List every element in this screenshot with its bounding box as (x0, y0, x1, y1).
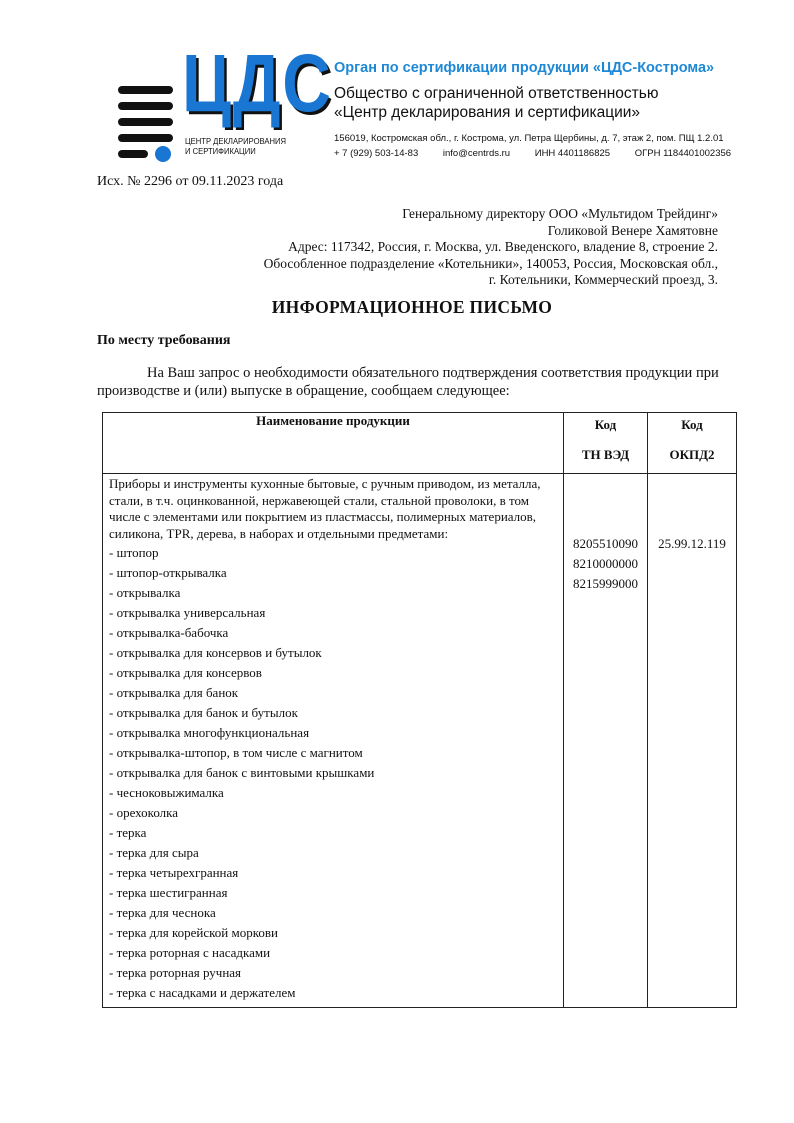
logo-bar (118, 134, 173, 142)
letter-subtitle: По месту требования (97, 333, 231, 349)
company-name-line: «Центр декларирования и сертификации» (334, 103, 658, 122)
product-item: - открывалка для консервов (109, 663, 559, 683)
company-address: 156019, Костромская обл., г. Кострома, у… (334, 131, 731, 146)
logo-bar (118, 102, 173, 110)
logo-letters: ЦДС (182, 43, 333, 125)
header-line: Код (564, 413, 647, 437)
product-item: - открывалка-штопор, в том числе с магни… (109, 743, 559, 763)
contact-line: + 7 (929) 503-14-83 info@centrds.ru ИНН … (334, 146, 731, 161)
logo-subtitle-line: ЦЕНТР ДЕКЛАРИРОВАНИЯ (185, 136, 286, 146)
email: info@centrds.ru (443, 148, 510, 159)
product-item: - открывалка для банок и бутылок (109, 703, 559, 723)
header-line: Код (648, 413, 736, 437)
header-line: ТН ВЭД (564, 443, 647, 467)
product-item: - терка четырехгранная (109, 863, 559, 883)
recipient-line: Голиковой Венере Хамятовне (264, 223, 718, 240)
product-item: - терка для чеснока (109, 903, 559, 923)
product-item: - чесноковыжималка (109, 783, 559, 803)
product-item: - открывалка-бабочка (109, 623, 559, 643)
company-name-line: Общество с ограниченной ответственностью (334, 84, 658, 103)
letter-intro: На Ваш запрос о необходимости обязательн… (97, 364, 722, 400)
recipient-line: Обособленное подразделение «Котельники»,… (264, 256, 718, 273)
company-contacts: 156019, Костромская обл., г. Кострома, у… (334, 131, 731, 161)
product-item: - орехоколка (109, 803, 559, 823)
recipient-line: г. Котельники, Коммерческий проезд, 3. (264, 272, 718, 289)
outgoing-reference: Исх. № 2296 от 09.11.2023 года (97, 174, 283, 190)
tn-ved-cell: 8205510090 8210000000 8215999000 (564, 474, 648, 1008)
header-line: ОКПД2 (648, 443, 736, 467)
header-okpd2: Код ОКПД2 (648, 413, 737, 474)
tn-ved-code: 8210000000 (564, 554, 647, 574)
product-item: - терка с насадками и держателем (109, 983, 559, 1003)
tn-ved-code: 8205510090 (564, 534, 647, 554)
product-items-list: - штопор- штопор-открывалка- открывалка-… (109, 543, 559, 1003)
header-product-name: Наименование продукции (103, 413, 564, 474)
product-item: - открывалка многофункциональная (109, 723, 559, 743)
product-table: Наименование продукции Код ТН ВЭД Код ОК… (102, 412, 737, 1008)
product-item: - штопор (109, 543, 559, 563)
recipient-line: Адрес: 117342, Россия, г. Москва, ул. Вв… (264, 239, 718, 256)
phone: + 7 (929) 503-14-83 (334, 148, 418, 159)
logo-bar (118, 150, 148, 158)
product-item: - терка (109, 823, 559, 843)
logo-bar (118, 86, 173, 94)
product-item: - терка шестигранная (109, 883, 559, 903)
inn: ИНН 4401186825 (535, 148, 610, 159)
certification-body-name: Орган по сертификации продукции «ЦДС-Кос… (334, 60, 714, 76)
logo-subtitle: ЦЕНТР ДЕКЛАРИРОВАНИЯ И СЕРТИФИКАЦИИ (185, 136, 286, 156)
company-name: Общество с ограниченной ответственностью… (334, 84, 658, 122)
product-item: - терка для сыра (109, 843, 559, 863)
logo-dot (155, 146, 171, 162)
product-item: - открывалка универсальная (109, 603, 559, 623)
recipient-block: Генеральному директору ООО «Мультидом Тр… (264, 206, 718, 289)
okpd2-code: 25.99.12.119 (648, 534, 736, 554)
product-item: - штопор-открывалка (109, 563, 559, 583)
product-item: - открывалка для банок с винтовыми крышк… (109, 763, 559, 783)
product-name-cell: Приборы и инструменты кухонные бытовые, … (103, 474, 564, 1008)
logo-subtitle-line: И СЕРТИФИКАЦИИ (185, 146, 286, 156)
product-item: - терка роторная ручная (109, 963, 559, 983)
ogrn: ОГРН 1184401002356 (635, 148, 731, 159)
table-row: Приборы и инструменты кухонные бытовые, … (103, 474, 737, 1008)
product-item: - открывалка для консервов и бутылок (109, 643, 559, 663)
header-tn-ved: Код ТН ВЭД (564, 413, 648, 474)
product-item: - терка роторная с насадками (109, 943, 559, 963)
product-item: - открывалка (109, 583, 559, 603)
product-item: - терка для корейской моркови (109, 923, 559, 943)
logo-bar (118, 118, 173, 126)
recipient-line: Генеральному директору ООО «Мультидом Тр… (264, 206, 718, 223)
product-description: Приборы и инструменты кухонные бытовые, … (109, 476, 559, 542)
company-logo: ЦДС ЦЕНТР ДЕКЛАРИРОВАНИЯ И СЕРТИФИКАЦИИ (110, 43, 310, 168)
product-item: - открывалка для банок (109, 683, 559, 703)
table-header-row: Наименование продукции Код ТН ВЭД Код ОК… (103, 413, 737, 474)
okpd2-cell: 25.99.12.119 (648, 474, 737, 1008)
letter-title: ИНФОРМАЦИОННОЕ ПИСЬМО (0, 297, 794, 318)
tn-ved-code: 8215999000 (564, 574, 647, 594)
